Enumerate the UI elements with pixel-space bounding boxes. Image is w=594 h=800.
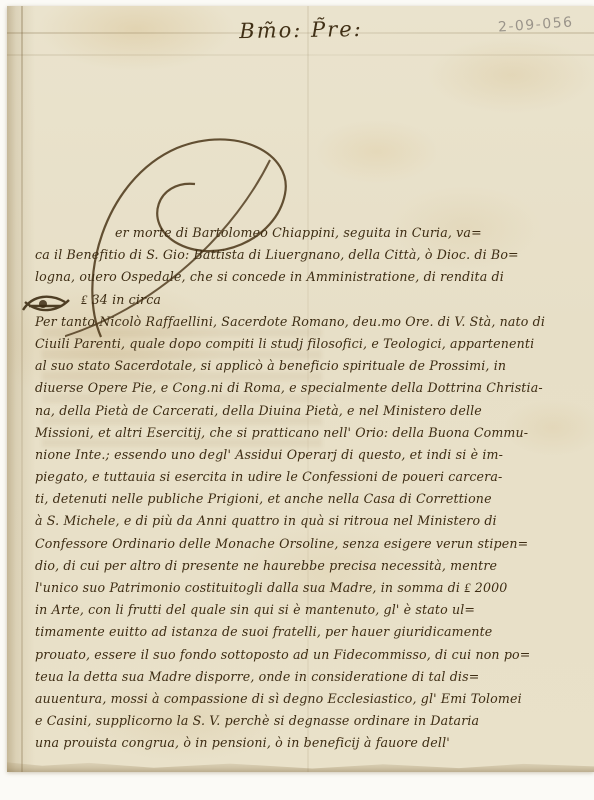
fold-crease-vertical [21, 6, 23, 772]
manuscript-line: er morte di Bartolomeo Chiappini, seguit… [35, 222, 593, 244]
letter-body: er morte di Bartolomeo Chiappini, seguit… [35, 222, 593, 755]
manuscript-line: piegato, e tuttauia si esercita in udire… [35, 466, 593, 488]
manuscript-line: diuerse Opere Pie, e Cong.ni di Roma, e … [35, 377, 593, 399]
manuscript-line: Confessore Ordinario delle Monache Orsol… [35, 533, 593, 555]
manuscript-line: al suo stato Sacerdotale, si applicò à b… [35, 355, 593, 377]
manuscript-line: l'unico suo Patrimonio costituitogli dal… [35, 577, 593, 599]
manuscript-line: in Arte, con li frutti del quale sin qui… [35, 599, 593, 621]
manuscript-line: logna, ouero Ospedale, che si concede in… [35, 266, 593, 288]
manuscript-line: e Casini, supplicorno la S. V. perchè si… [35, 710, 593, 732]
fold-crease-horizontal [7, 54, 594, 56]
manuscript-line: Missioni, et altri Esercitij, che si pra… [35, 422, 593, 444]
manuscript-line: à S. Michele, e di più da Anni quattro i… [35, 510, 593, 532]
manuscript-line: dio, di cui per altro di presente ne hau… [35, 555, 593, 577]
manuscript-line: prouato, essere il suo fondo sottoposto … [35, 644, 593, 666]
manuscript-line: na, della Pietà de Carcerati, della Diui… [35, 400, 593, 422]
paper-bottom-edge [7, 758, 594, 772]
manuscript-line: ti, detenuti nelle publiche Prigioni, et… [35, 488, 593, 510]
manuscript-line: Per tanto Nicolò Raffaellini, Sacerdote … [35, 311, 593, 333]
scan-background: Bm̃o: P̃re: 2-09-056 er morte di Bartolo… [0, 0, 594, 800]
manuscript-line: auuentura, mossi à compassione di sì deg… [35, 688, 593, 710]
manuscript-page: Bm̃o: P̃re: 2-09-056 er morte di Bartolo… [7, 6, 594, 772]
manuscript-line: Ciuili Parenti, quale dopo compiti li st… [35, 333, 593, 355]
manuscript-line: una prouista congrua, ò in pensioni, ò i… [35, 732, 593, 754]
manuscript-line: nione Inte.; essendo uno degl' Assidui O… [35, 444, 593, 466]
manuscript-line: ca il Benefitio di S. Gio: Battista di L… [35, 244, 593, 266]
manuscript-line: ₤ 34 in circa [35, 289, 593, 311]
manuscript-line: teua la detta sua Madre disporre, onde i… [35, 666, 593, 688]
salutation: Bm̃o: P̃re: [239, 17, 363, 43]
manuscript-line: timamente euitto ad istanza de suoi frat… [35, 621, 593, 643]
